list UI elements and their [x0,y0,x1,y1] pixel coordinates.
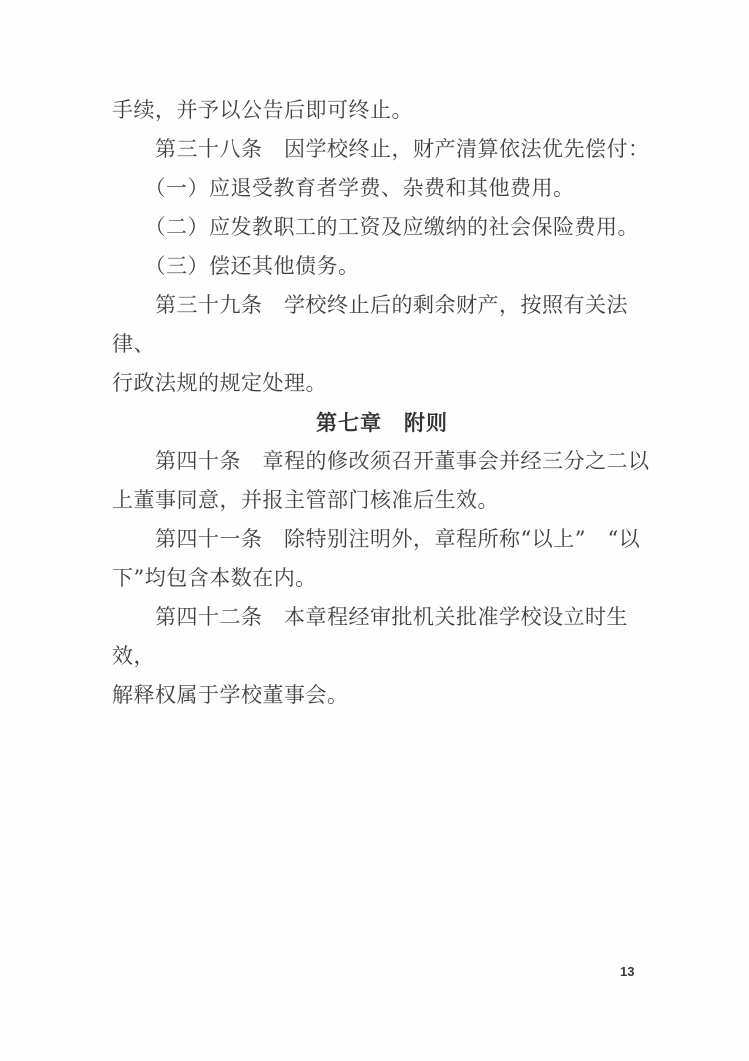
paragraph: 第四十条 章程的修改须召开董事会并经三分之二以 上董事同意，并报主管部门核准后生… [112,442,652,520]
paragraph: 手续，并予以公告后即可终止。 [112,91,652,130]
paragraph: 第四十二条 本章程经审批机关批准学校设立时生效， 解释权属于学校董事会。 [112,598,652,715]
paragraph: 第三十九条 学校终止后的剩余财产，按照有关法律、 行政法规的规定处理。 [112,286,652,403]
chapter-heading: 第七章 附则 [112,403,652,442]
page-number: 13 [620,964,634,979]
paragraph: 第四十一条 除特别注明外，章程所称“以上” “以 下”均包含本数在内。 [112,520,652,598]
document-page: 手续，并予以公告后即可终止。 第三十八条 因学校终止，财产清算依法优先偿付： （… [0,0,749,1061]
paragraph: （二）应发教职工的工资及应缴纳的社会保险费用。 [112,208,652,247]
paragraph: （三）偿还其他债务。 [112,247,652,286]
paragraph: （一）应退受教育者学费、杂费和其他费用。 [112,169,652,208]
document-body: 手续，并予以公告后即可终止。 第三十八条 因学校终止，财产清算依法优先偿付： （… [112,91,652,715]
paragraph: 第三十八条 因学校终止，财产清算依法优先偿付： [112,130,652,169]
